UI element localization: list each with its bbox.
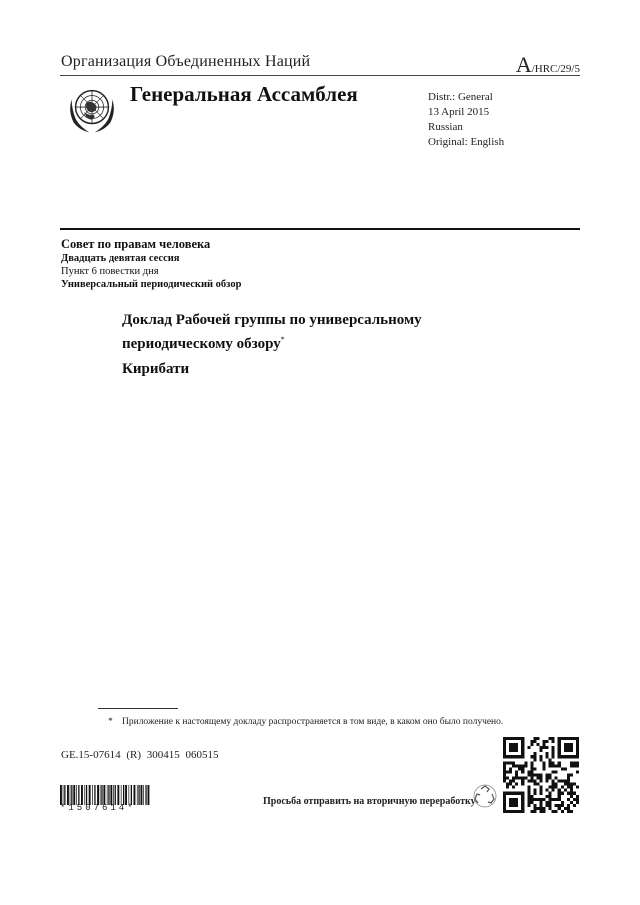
header-rule [60,75,580,76]
report-title: Доклад Рабочей группы по универсальному … [122,310,482,354]
un-emblem-icon [63,80,121,138]
agenda-item: Пункт 6 повестки дня [61,266,159,277]
footnote-marker: * [281,335,285,344]
council-name: Совет по правам человека [61,237,210,252]
document-reference: GE.15-07614 (R) 300415 060515 [61,749,219,761]
symbol-rest: /HRC/29/5 [532,63,580,75]
footnote-mark: * [108,716,113,729]
body-title: Генеральная Ассамблея [130,82,358,107]
barcode-icon [60,785,150,805]
qr-code-icon [503,737,579,813]
recycle-text: Просьба отправить на вторичную переработ… [263,796,476,807]
distribution-block: Distr.: General 13 April 2015 Russian Or… [428,90,504,150]
report-title-line-1: Доклад Рабочей группы по универсальному [122,310,482,330]
section-rule [60,228,580,230]
original-language: Original: English [428,135,504,150]
report-title-line-2: периодическому обзору [122,336,281,352]
document-language: Russian [428,120,504,135]
barcode-number: *1507614* [60,803,152,813]
footnote-rule [98,708,178,709]
distribution-type: Distr.: General [428,90,504,105]
session-name: Двадцать девятая сессия [61,253,179,264]
document-date: 13 April 2015 [428,105,504,120]
footnote: * Приложение к настоящему докладу распро… [108,716,508,729]
country-name: Кирибати [122,361,189,378]
footnote-text: Приложение к настоящему докладу распрост… [122,716,508,729]
recycle-icon [472,783,498,809]
symbol-prefix: A [516,52,532,77]
agenda-topic: Универсальный периодический обзор [61,279,241,290]
organization-name: Организация Объединенных Наций [61,53,310,71]
